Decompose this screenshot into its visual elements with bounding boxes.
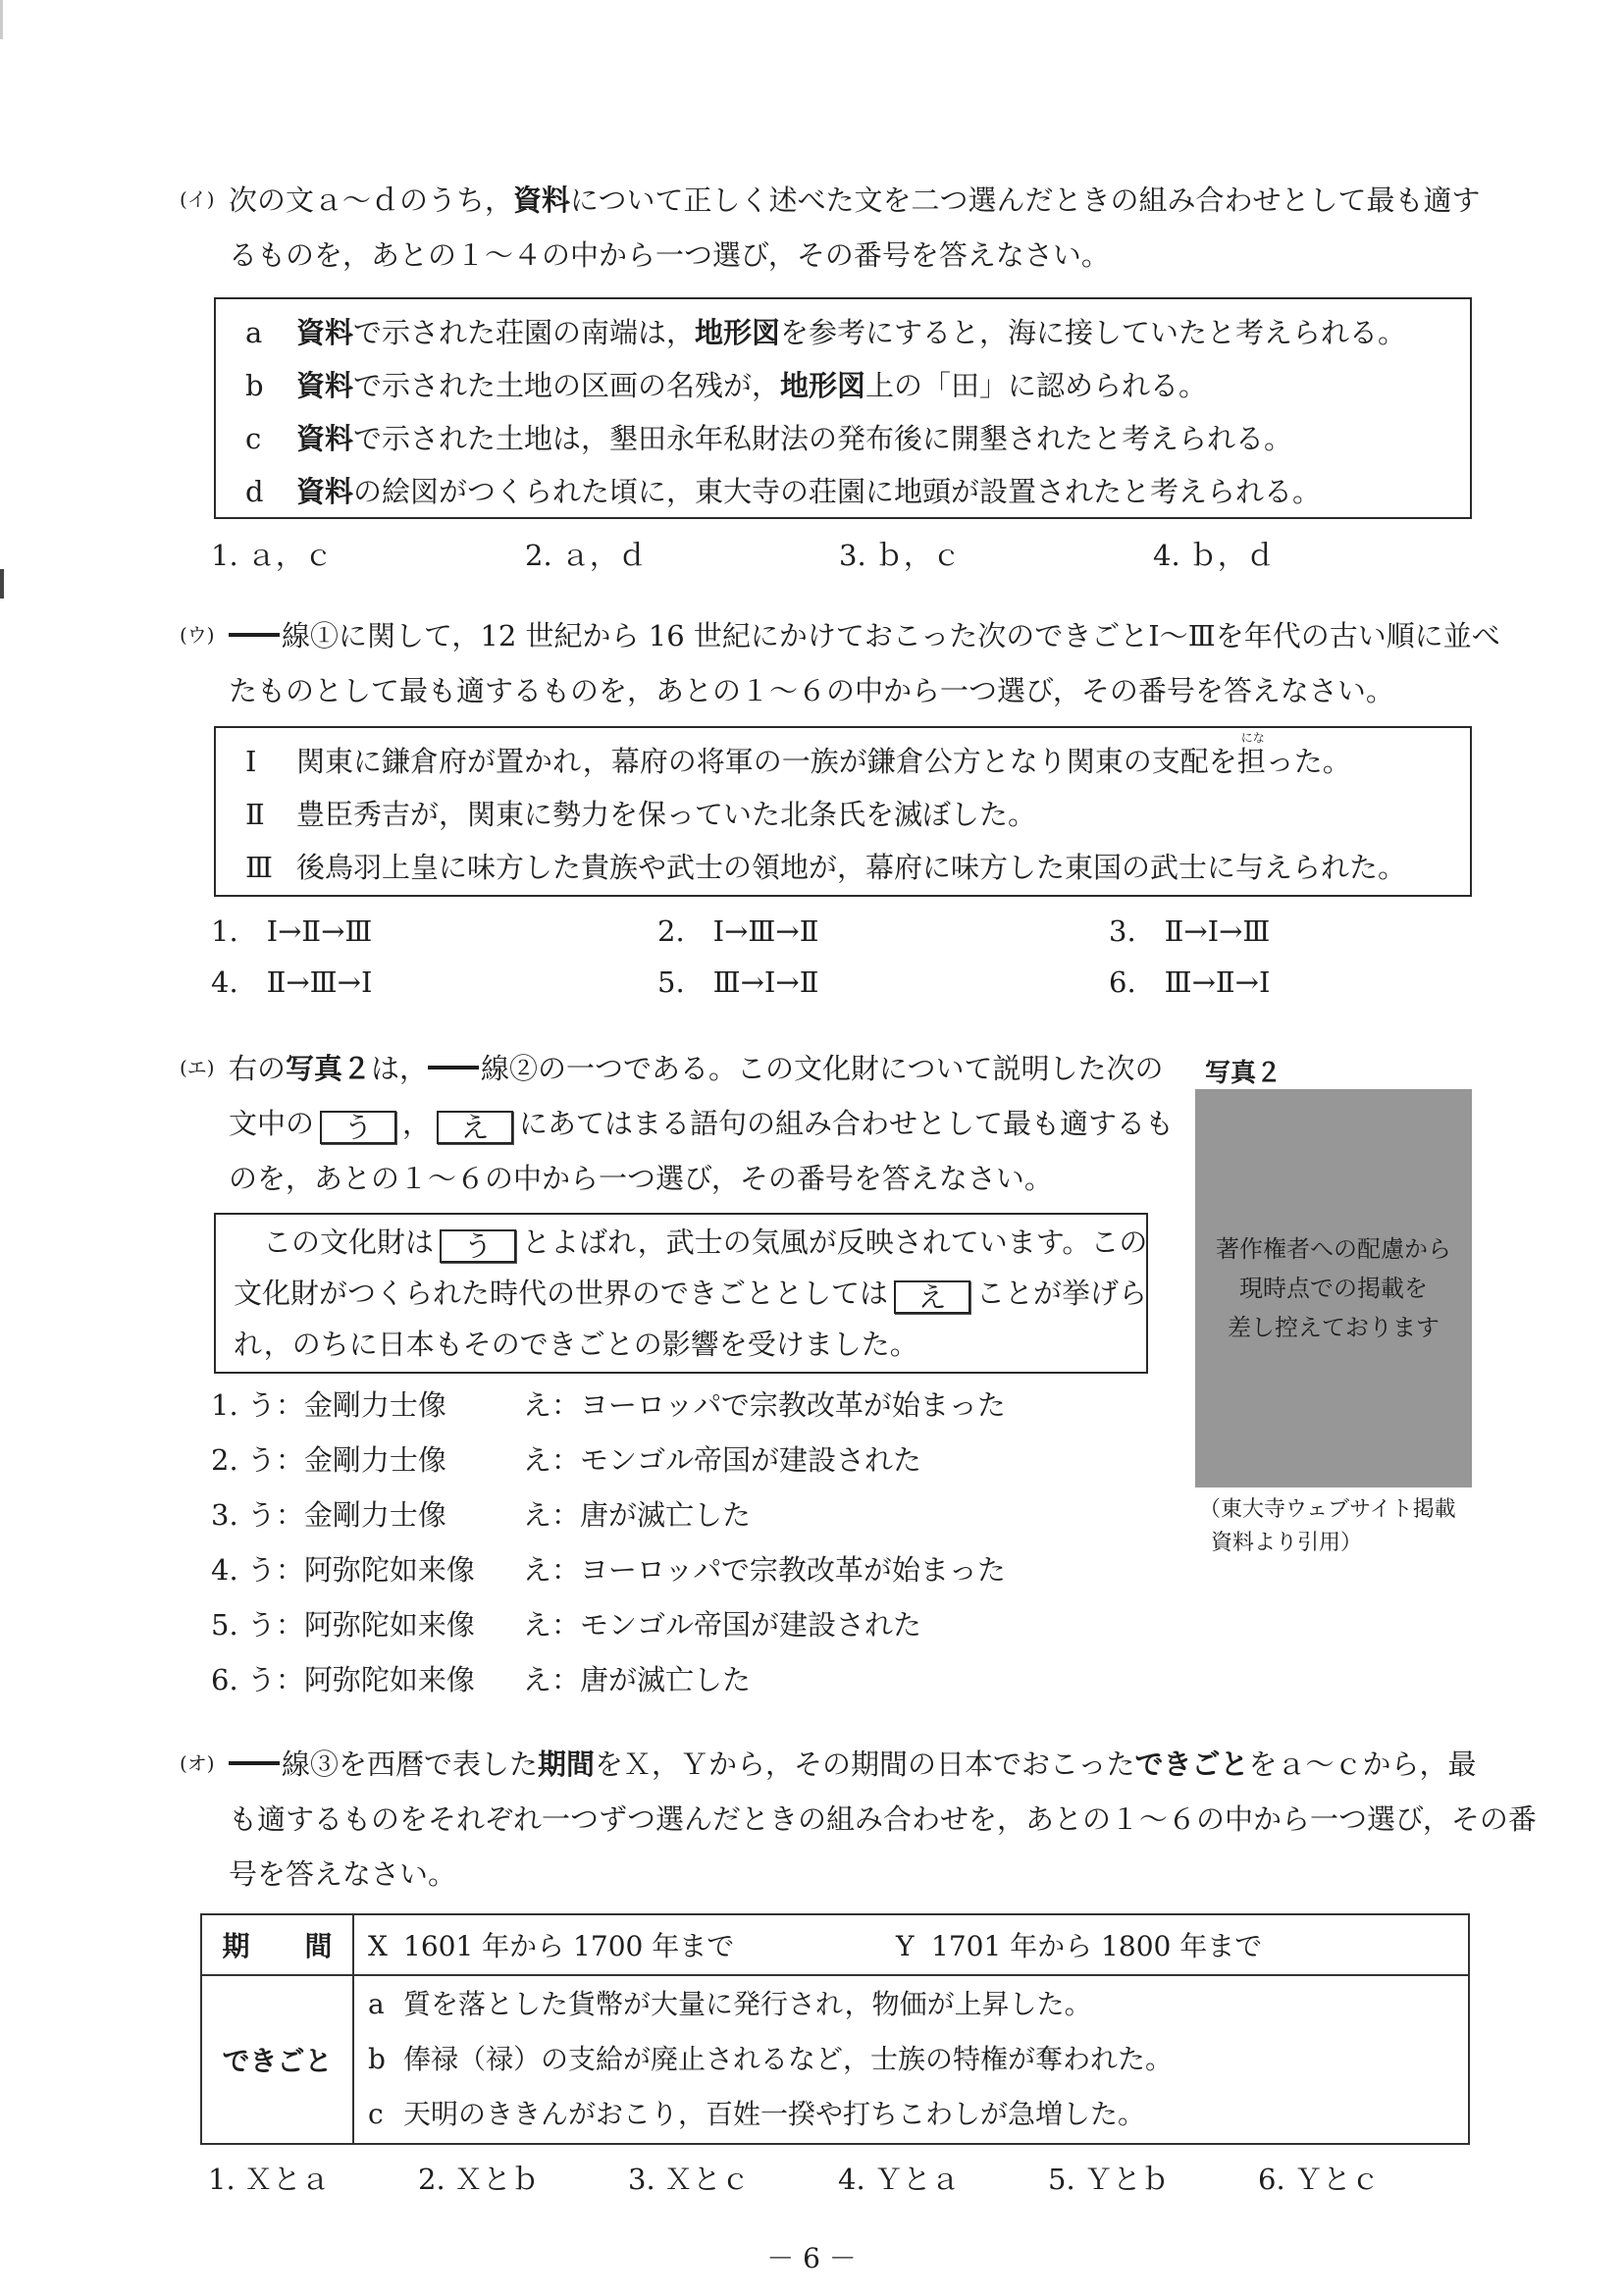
answer-option-5[interactable]: 5. Ｙとｂ	[1048, 2166, 1170, 2194]
event-3: Ⅲ後鳥羽上皇に味方した貴族や武士の領地が，幕府に味方した東国の武士に与えられた。	[245, 854, 1406, 882]
answer-option-6[interactable]: 6. Ⅲ→Ⅱ→Ⅰ	[1109, 968, 1270, 997]
answer-option-3[interactable]: 3. Ⅱ→Ⅰ→Ⅲ	[1109, 917, 1270, 946]
question-i-line1: (イ)次の文ａ～ｄのうち，資料について正しく述べた文を二つ選んだときの組み合わせ…	[180, 186, 1480, 215]
scan-edge-mark	[0, 0, 3, 39]
page-number: － 6 －	[0, 2237, 1623, 2276]
events-row: できごと a質を落とした貨幣が大量に発行され，物価が上昇した。 b俸禄（禄）の支…	[201, 1975, 1469, 2144]
period-row: 期 間 X1601 年から 1700 年までY1701 年から 1800 年まで	[201, 1914, 1469, 1975]
scan-edge-mark	[0, 569, 4, 599]
question-label: (エ)	[180, 1058, 229, 1077]
answer-option-2-e[interactable]: え：モンゴル帝国が建設された	[523, 1446, 921, 1475]
photo-placeholder: 著作権者への配慮から 現時点での掲載を 差し控えております	[1195, 1089, 1472, 1487]
answer-option-2[interactable]: 2. う：金剛力士像	[211, 1446, 446, 1475]
ruby-annotated-char: にな担	[1237, 748, 1266, 776]
answer-option-6[interactable]: 6. う：阿弥陀如来像	[211, 1666, 475, 1695]
statement-a: a資料で示された荘園の南端は，地形図を参考にすると，海に接していたと考えられる。	[245, 319, 1406, 347]
question-i-line2: るものを，あとの１～４の中から一つ選び，その番号を答えなさい。	[229, 241, 1110, 270]
answer-option-2[interactable]: 2. ａ，ｄ	[525, 542, 647, 570]
events-header: できごと	[201, 1975, 353, 2144]
underline-reference-mark	[229, 633, 280, 637]
question-u-line1: (ウ)線①に関して，12 世紀から 16 世紀にかけておこった次のできごとⅠ～Ⅲ…	[180, 622, 1500, 651]
answer-option-5[interactable]: 5. Ⅲ→Ⅰ→Ⅱ	[657, 968, 818, 997]
answer-option-1[interactable]: 1. Ｘとａ	[208, 2166, 330, 2194]
question-e-line3: のを，あとの１～６の中から一つ選び，その番号を答えなさい。	[229, 1165, 1053, 1193]
blank-u: う	[440, 1229, 516, 1263]
answer-option-1[interactable]: 1. Ⅰ→Ⅱ→Ⅲ	[211, 917, 372, 946]
underline-reference-mark	[229, 1761, 280, 1765]
event-2: Ⅱ豊臣秀吉が，関東に勢力を保っていた北条氏を滅ぼした。	[245, 801, 1036, 829]
question-e-line2: 文中のう，えにあてはまる語句の組み合わせとして最も適するも	[229, 1110, 1174, 1144]
passage-line2: 文化財がつくられた時代の世界のできごととしてはえことが挙げら	[234, 1279, 1147, 1314]
event-1: Ⅰ関東に鎌倉府が置かれ，幕府の将軍の一族が鎌倉公方となり関東の支配をにな担った。	[245, 748, 1351, 776]
question-label: (ウ)	[180, 625, 229, 645]
question-o-line2: も適するものをそれぞれ一つずつ選んだときの組み合わせを，あとの１～６の中から一つ…	[229, 1805, 1537, 1834]
passage-line1: この文化財はうとよばれ，武士の気風が反映されています。この	[263, 1228, 1147, 1263]
event-c: c天明のききんがおこり，百姓一揆や打ちこわしが急増した。	[368, 2087, 1468, 2142]
period-events-table: 期 間 X1601 年から 1700 年までY1701 年から 1800 年まで…	[200, 1913, 1470, 2145]
passage-box: この文化財はうとよばれ，武士の気風が反映されています。この 文化財がつくられた時…	[214, 1213, 1148, 1374]
events-list: a質を落とした貨幣が大量に発行され，物価が上昇した。 b俸禄（禄）の支給が廃止さ…	[353, 1975, 1469, 2144]
answer-option-1[interactable]: 1. う：金剛力士像	[211, 1391, 446, 1420]
statement-c: c資料で示された土地は，墾田永年私財法の発布後に開墾されたと考えられる。	[245, 425, 1292, 453]
underline-reference-mark	[428, 1066, 479, 1070]
question-e-line1: (エ)右の写真２は，線②の一つである。この文化財について説明した次の	[180, 1055, 1163, 1083]
answer-option-1-e[interactable]: え：ヨーロッパで宗教改革が始まった	[523, 1391, 1006, 1420]
period-header: 期 間	[201, 1914, 353, 1975]
blank-u: う	[320, 1111, 396, 1144]
answer-option-4[interactable]: 4. う：阿弥陀如来像	[211, 1556, 475, 1585]
statements-box: a資料で示された荘園の南端は，地形図を参考にすると，海に接していたと考えられる。…	[214, 297, 1472, 519]
answer-option-3[interactable]: 3. Ｘとｃ	[628, 2166, 750, 2194]
answer-option-6-e[interactable]: え：唐が滅亡した	[523, 1666, 751, 1695]
answer-option-2[interactable]: 2. Ｘとｂ	[418, 2166, 540, 2194]
question-label: (オ)	[180, 1753, 229, 1773]
answer-option-3-e[interactable]: え：唐が滅亡した	[523, 1501, 751, 1530]
answer-option-1[interactable]: 1. ａ，ｃ	[211, 542, 333, 570]
event-b: b俸禄（禄）の支給が廃止されるなど，士族の特権が奪われた。	[368, 2032, 1468, 2087]
answer-option-5[interactable]: 5. う：阿弥陀如来像	[211, 1611, 475, 1640]
answer-option-4-e[interactable]: え：ヨーロッパで宗教改革が始まった	[523, 1556, 1006, 1585]
copyright-notice: 著作権者への配慮から 現時点での掲載を 差し控えております	[1216, 1229, 1451, 1347]
events-box: Ⅰ関東に鎌倉府が置かれ，幕府の将軍の一族が鎌倉公方となり関東の支配をにな担った。…	[214, 726, 1472, 897]
answer-option-6[interactable]: 6. Ｙとｃ	[1258, 2166, 1380, 2194]
answer-option-3[interactable]: 3. ｂ，ｃ	[839, 542, 961, 570]
question-o-line3: 号を答えなさい。	[229, 1860, 456, 1889]
answer-option-4[interactable]: 4. Ｙとａ	[838, 2166, 960, 2194]
statement-d: d資料の絵図がつくられた頃に，東大寺の荘園に地頭が設置されたと考えられる。	[245, 478, 1321, 506]
passage-line3: れ，のちに日本もそのできごとの影響を受けました。	[234, 1331, 918, 1359]
blank-e: え	[894, 1280, 970, 1314]
blank-e: え	[437, 1111, 513, 1144]
question-o-line1: (オ)線③を西暦で表した期間をＸ，Ｙから，その期間の日本でおこったできごとをａ～…	[180, 1750, 1476, 1779]
answer-option-2[interactable]: 2. Ⅰ→Ⅲ→Ⅱ	[657, 917, 818, 946]
event-a: a質を落とした貨幣が大量に発行され，物価が上昇した。	[368, 1977, 1468, 2032]
answer-option-4[interactable]: 4. ｂ，ｄ	[1153, 542, 1275, 570]
answer-option-3[interactable]: 3. う：金剛力士像	[211, 1501, 446, 1530]
period-values: X1601 年から 1700 年までY1701 年から 1800 年まで	[353, 1914, 1469, 1975]
answer-option-5-e[interactable]: え：モンゴル帝国が建設された	[523, 1611, 921, 1640]
photo-caption: （東大寺ウェブサイト掲載 資料より引用）	[1199, 1493, 1456, 1560]
question-u-line2: たものとして最も適するものを，あとの１～６の中から一つ選び，その番号を答えなさい…	[229, 677, 1394, 705]
statement-b: b資料で示された土地の区画の名残が，地形図上の「田」に認められる。	[245, 372, 1207, 400]
question-label: (イ)	[180, 189, 229, 209]
photo-title: 写真２	[1205, 1053, 1282, 1089]
answer-option-4[interactable]: 4. Ⅱ→Ⅲ→Ⅰ	[211, 968, 372, 997]
